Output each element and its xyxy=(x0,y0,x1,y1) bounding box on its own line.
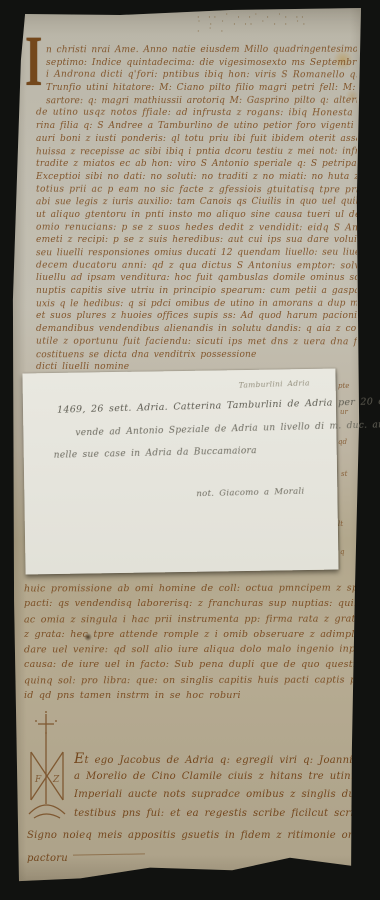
manuscript-line: Exceptioi sibi no dati: no soluti: no tr… xyxy=(36,171,357,184)
notary-closing-block: Signo noieq meis appositis gsuetis in fi… xyxy=(27,824,359,870)
photo-backdrop: · ·· ˙ · ·˙ · ˙· ·· ˙ · ˙ · ·· ˙ · · ˙· … xyxy=(0,0,380,900)
manuscript-line: n christi nrai Ame. Anno natie eiusdem M… xyxy=(36,44,357,57)
manuscript-line: septimo: Indice quintadecima: die vigesi… xyxy=(36,57,357,70)
manuscript-line: i Androna dicti q'fori: pntibus ibiq hon… xyxy=(36,69,357,82)
manuscript-line: nuptis capitis sive utriu in principio s… xyxy=(36,285,357,298)
manuscript-line: omio renucians: p se z suos hedes dedit … xyxy=(36,221,357,234)
manuscript-line: decem ducatoru anni: qd z qua dictus S A… xyxy=(36,259,357,272)
notary-signum: F Z xyxy=(26,710,70,824)
manuscript-line: utile z oportunu fuit faciendu: sicuti i… xyxy=(36,335,357,348)
manuscript-middle-block: huic promissione ab omi homine de coll: … xyxy=(24,581,372,703)
signum-letter-left: F xyxy=(34,775,42,785)
manuscript-line: dare uel venire: qd soll alio iure aliqu… xyxy=(24,642,372,658)
margin-fragment: lt xyxy=(338,520,343,528)
manuscript-line: et suos plures z huoies offices supis ss… xyxy=(36,310,357,323)
margin-fragment: q xyxy=(340,548,344,556)
manuscript-line: Imperiali aucte nots supradce omibus z s… xyxy=(74,786,356,804)
manuscript-line: Et ego Jacobus de Adria q: egregii viri … xyxy=(74,750,356,768)
manuscript-line: seu liuelli responsiones omius ducati 12… xyxy=(36,247,357,260)
manuscript-line: auri boni z iusti ponderis: ql totu priu… xyxy=(36,133,357,146)
archivist-note: Tamburlini Adria 1469, 26 sett. Adria. C… xyxy=(22,369,338,575)
manuscript-line: liuellu ad ipsam venditura: hoc fuit qam… xyxy=(36,272,357,285)
manuscript-line: pacti: qs vendendisq laborerisq: z franc… xyxy=(24,596,372,611)
manuscript-line: Signo noieq meis appositis gsuetis in fi… xyxy=(27,824,359,847)
prick-marks: · ·· ˙ · ·˙ · ˙· ·· ˙ · ˙ · ·· ˙ · · ˙· … xyxy=(197,14,317,35)
manuscript-line: ut aliquo gtentoru in pnti insto mo aliq… xyxy=(36,209,357,222)
manuscript-line: quinq sol: pro libra: que: on singlis ca… xyxy=(24,672,372,688)
manuscript-line: totius prii ac p eam no sic facte z gfes… xyxy=(36,183,357,196)
note-notary-reference: not. Giacomo a Morali xyxy=(196,487,304,500)
manuscript-line: ac omia z singula i hac prii instrumenta… xyxy=(24,611,372,627)
manuscript-line: id qd pns tamen instrm in se hoc roburis… xyxy=(24,688,240,703)
manuscript-line: abi sue legis z iuris auxilio: tam Canoi… xyxy=(36,196,357,209)
initial-letter-I: I xyxy=(25,28,35,98)
manuscript-line: testibus pns fui: et ea regestis scribe … xyxy=(74,805,356,823)
manuscript-line: tradite z miatos ec ab hon: viro S Anton… xyxy=(36,158,357,171)
signum-letter-right: Z xyxy=(52,775,60,785)
manuscript-line: Trunfio utini hitatore: M: Ciano pilto f… xyxy=(36,82,357,95)
margin-fragment: pte xyxy=(338,382,349,390)
margin-fragment: st xyxy=(341,470,347,478)
manuscript-upper-block: n christi nrai Ame. Anno natie eiusdem M… xyxy=(36,44,357,374)
manuscript-line: pactoru xyxy=(27,847,359,870)
manuscript-line: costituens se dicta dna venditrix posses… xyxy=(36,348,357,361)
note-regest-line: vende ad Antonio Speziale de Adria un li… xyxy=(75,420,380,438)
margin-fragment: qd xyxy=(338,438,347,446)
manuscript-line: demandibus vendendibus alienandis in sol… xyxy=(36,323,357,336)
note-corner-annotation: Tamburlini Adria xyxy=(238,378,309,389)
note-regest-line: nelle sue case in Adria da Buccamaiora xyxy=(54,446,257,461)
manuscript-line: sartore: q: magri mathiussii arotoriq M:… xyxy=(36,94,357,107)
notary-subscription-block: Et ego Jacobus de Adria q: egregii viri … xyxy=(74,750,356,823)
manuscript-line: huic promissione ab omi homine de coll: … xyxy=(24,581,372,597)
margin-fragment: ur xyxy=(340,408,348,416)
manuscript-line: a Morelio de Cino Clamile ciuis z hitans… xyxy=(74,768,356,786)
manuscript-line: uxis q le hedibus: q si pdci omibus de u… xyxy=(36,297,357,310)
manuscript-line: de utino usqz notos ffiale: ad infrusta … xyxy=(36,107,357,120)
note-regest-line: 1469, 26 sett. Adria. Catterina Tamburli… xyxy=(57,396,380,416)
manuscript-line: emeti z recipi: p se z suis heredibus: a… xyxy=(36,234,357,247)
manuscript-line: causa: de iure uel in facto: Sub pena du… xyxy=(24,657,372,672)
manuscript-line: huissa z recepisse ac sibi ibiq i pntia … xyxy=(36,145,357,158)
manuscript-line: z grata: hec tpre attende romple z i omi… xyxy=(24,627,372,642)
manuscript-line: rina filia q: S Andree a Tamburlino de u… xyxy=(36,120,357,133)
